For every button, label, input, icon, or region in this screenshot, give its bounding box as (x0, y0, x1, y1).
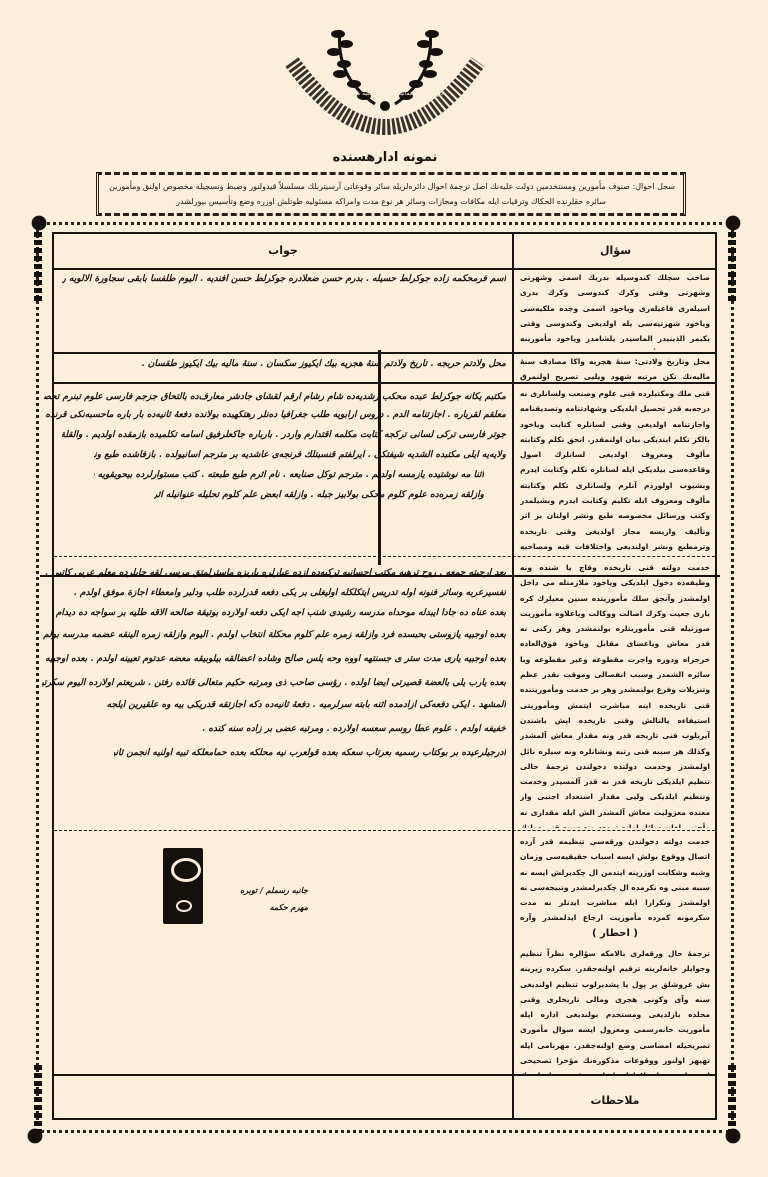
answer-3-line: اثنا مه نوشتيده يازمسه اولديم . مترجم تو… (94, 470, 484, 480)
row-divider (54, 556, 715, 557)
form-title: نمونه ادارهسنده (300, 150, 470, 165)
answer-2-line: محل ولادتم حربجه . تاريخ ولادتم سنهٔ هجر… (62, 359, 506, 369)
row-4-top-rule (40, 575, 720, 577)
remarks-label: ملاحظات (520, 1094, 710, 1107)
laurel-wreath-icon (280, 22, 490, 142)
answer-4-line: خفيفه اولدم . علوم عطا روسم سعسه اولارده… (54, 724, 506, 734)
ornament-corner-icon (722, 1125, 744, 1147)
official-seal-icon (163, 848, 203, 924)
instructions-line-1: سجل احوال: صنوف مأمورين ومستخدمين دولت ع… (107, 179, 675, 194)
row-divider (54, 382, 715, 384)
answer-3-line: وازلقه زمره‌ده علوم كلوم محكى بولابيز جب… (154, 490, 484, 500)
answer-1-line: اسم فرمحكمه زاده جوكرلط حسيله . بدرم حسن… (62, 274, 506, 284)
laurel-wreath-emblem (280, 22, 490, 142)
warning-title: ( احطار ) (520, 928, 710, 939)
signature-line-2: مهرم حكمه (208, 902, 308, 912)
question-3-text: قنى ملك ومكتبلرده قنى علوم وصنعت ولسانلر… (520, 386, 710, 554)
answer-4-line: بعده عناه ده جادا ايبدله موحداه مدرسه رش… (42, 608, 506, 618)
answer-3-line: ولايه‌يه ايلى مكتبده الشديه شيفتكى . اير… (94, 450, 506, 460)
vertical-rule (378, 350, 381, 565)
instructions-box: سجل احوال: صنوف مأمورين ومستخدمين دولت ع… (96, 172, 686, 216)
ornament-post-icon (728, 232, 736, 302)
answer-column-header: جواب (54, 244, 512, 257)
question-column-header: سؤال (514, 244, 717, 257)
answer-4-line: بعده يارب يلى بالعضة قصيرتى ايضاً اولده … (42, 678, 506, 688)
answer-4-line: تفسيرعربه وسائر فنونه اوله تدريس ايتكلكل… (54, 588, 506, 598)
sicill-form-table: جواب سؤال صاحب سجلك كندوسيله بدريك اسمى … (52, 232, 717, 1120)
ornament-corner-icon (722, 212, 744, 234)
question-2-text: محل وتاريخ ولادتى: سنهٔ هجريه واكا مصادف… (520, 354, 710, 384)
ornament-corner-icon (24, 1125, 46, 1147)
question-1-text: صاحب سجلك كندوسيله بدريك اسمى وشهرتى وشه… (520, 270, 710, 350)
answer-4-line: المشهد . ايكى دفعه‌كى ازادمده اثنه بابته… (54, 700, 506, 710)
question-4-text: خدمت دولته قنى تاريخده وقاچ يا شنده ونه … (520, 560, 710, 828)
answer-4-line: بعده اوجبيه يارى مدت ستر ى جسنتهه اووه و… (42, 654, 506, 664)
row-divider (54, 830, 715, 831)
answer-4-line: بعده اوجبيه يازوستى بحبسده فرد وازلقه زم… (42, 630, 506, 640)
frame-border-top (40, 222, 730, 228)
answer-4-line: ادرجيلرعيده بر بوكتاب رسميه بعرتاب سعكه … (114, 748, 506, 758)
answer-3-line: جوتر فارسى تركى لسانى تركجه كتابت مكلمه … (62, 430, 506, 440)
warning-text: ترجمهٔ حال ورقه‌لرى بالامكه سؤالره نظراً… (520, 946, 710, 1076)
ornament-post-icon (34, 232, 42, 302)
emblem-arc-text: دولت عليه عثمانيه نظارت داخليه مكتوبى قل… (280, 90, 490, 110)
frame-border-right (731, 222, 737, 1132)
ornament-corner-icon (28, 212, 50, 234)
answer-3-line: معلقم لقرباره . اجازتنامه آلدم . دروس ار… (44, 410, 506, 420)
row-divider (54, 1074, 715, 1076)
signature-line-1: جانبه رسملم / توبره (208, 885, 308, 895)
answer-3-line: مكتبم يكانه جوكرلط عبده محكب رشديه‌ده شا… (44, 392, 506, 402)
instructions-line-2: سائره حقلرنده الحكاك وترقيات ايله مكافات… (107, 194, 675, 209)
question-5-text: خدمت دولته دخولندن ورقه‌سى تنظيمه قدر آر… (520, 834, 710, 926)
frame-border-left (36, 222, 42, 1132)
frame-border-bottom (40, 1130, 730, 1136)
column-divider (512, 234, 514, 1118)
